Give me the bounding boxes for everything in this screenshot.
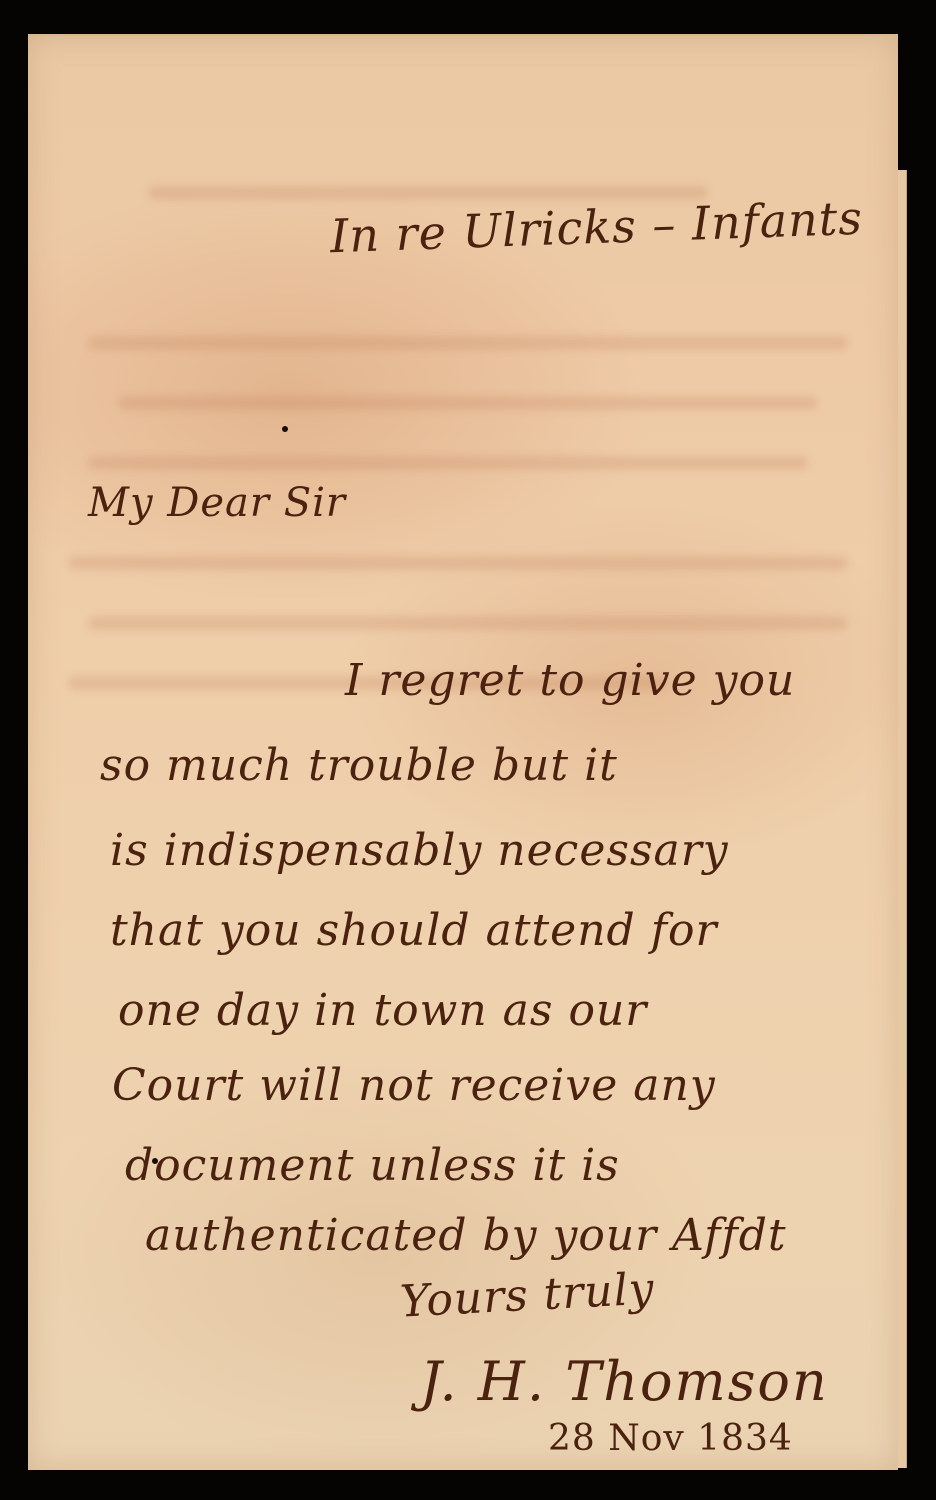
body-line: is indispensably necessary bbox=[110, 825, 729, 876]
letter-date: 28 Nov 1834 bbox=[548, 1418, 793, 1459]
bleed-through-line bbox=[68, 556, 848, 570]
body-line: authenticated by your Affdt bbox=[145, 1210, 787, 1261]
bleed-through-line bbox=[88, 456, 808, 470]
bleed-through-line bbox=[118, 396, 818, 410]
ink-speck bbox=[282, 426, 288, 432]
body-line: I regret to give you bbox=[345, 655, 795, 706]
body-line: document unless it is bbox=[125, 1140, 620, 1191]
bleed-through-line bbox=[88, 616, 848, 630]
body-line: one day in town as our bbox=[118, 985, 647, 1036]
bleed-through-line bbox=[88, 336, 848, 350]
bleed-through-line bbox=[148, 186, 708, 200]
greeting: My Dear Sir bbox=[88, 480, 346, 526]
body-line: so much trouble but it bbox=[100, 740, 618, 791]
signature: J. H. Thomson bbox=[420, 1350, 829, 1413]
body-line: Court will not receive any bbox=[112, 1060, 716, 1111]
body-line: that you should attend for bbox=[110, 905, 718, 956]
